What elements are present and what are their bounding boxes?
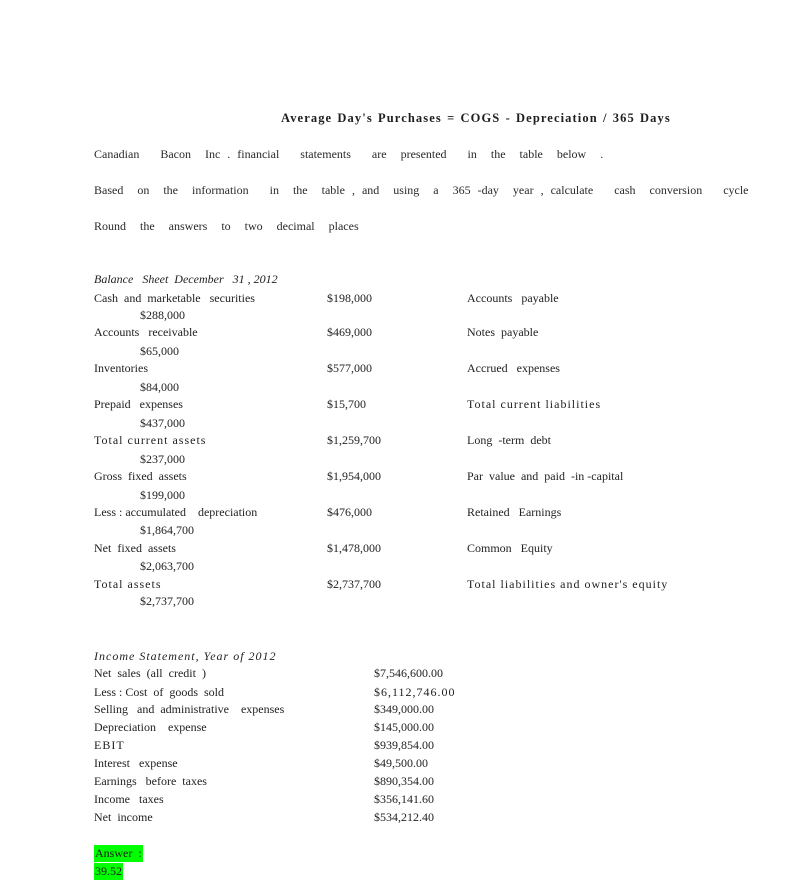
asset-sub-value: $437,000 [140, 416, 185, 430]
asset-label: Cash and marketable securities [94, 291, 255, 305]
income-label: Net income [94, 810, 153, 824]
income-value: $356,141.60 [374, 792, 434, 806]
asset-value: $198,000 [327, 291, 372, 305]
income-label: Selling and administrative expenses [94, 702, 284, 716]
income-label: EBIT [94, 738, 125, 752]
answer-value: 39.52 [94, 863, 123, 880]
income-value: $534,212.40 [374, 810, 434, 824]
asset-sub-value: $2,737,700 [140, 594, 194, 608]
asset-label: Inventories [94, 361, 148, 375]
income-value: $939,854.00 [374, 738, 434, 752]
asset-sub-value: $237,000 [140, 452, 185, 466]
asset-value: $2,737,700 [327, 577, 381, 591]
asset-sub-value: $2,063,700 [140, 559, 194, 573]
asset-label: Total current assets [94, 433, 206, 447]
asset-label: Gross fixed assets [94, 469, 187, 483]
income-label: Interest expense [94, 756, 178, 770]
answer-label: Answer : [94, 845, 143, 862]
asset-label: Total assets [94, 577, 161, 591]
income-label: Net sales (all credit ) [94, 666, 206, 680]
liability-label: Par value and paid -in -capital [467, 469, 623, 483]
income-value: $49,500.00 [374, 756, 428, 770]
asset-value: $577,000 [327, 361, 372, 375]
income-label: Earnings before taxes [94, 774, 207, 788]
intro-paragraph: Canadian Bacon Inc . financial statement… [94, 147, 603, 161]
asset-value: $469,000 [327, 325, 372, 339]
income-label: Depreciation expense [94, 720, 207, 734]
liability-label: Retained Earnings [467, 505, 561, 519]
asset-sub-value: $288,000 [140, 308, 185, 322]
liability-label: Notes payable [467, 325, 538, 339]
asset-sub-value: $199,000 [140, 488, 185, 502]
asset-label: Prepaid expenses [94, 397, 183, 411]
asset-sub-value: $84,000 [140, 380, 179, 394]
asset-value: $1,478,000 [327, 541, 381, 555]
income-label: Income taxes [94, 792, 164, 806]
instruction-paragraph: Based on the information in the table , … [94, 183, 749, 197]
asset-value: $476,000 [327, 505, 372, 519]
income-label: Less : Cost of goods sold [94, 685, 224, 699]
liability-label: Total current liabilities [467, 397, 601, 411]
asset-label: Less : accumulated depreciation [94, 505, 257, 519]
asset-value: $1,259,700 [327, 433, 381, 447]
asset-value: $1,954,000 [327, 469, 381, 483]
formula-heading: Average Day's Purchases = COGS - Depreci… [281, 111, 671, 125]
income-value: $6,112,746.00 [374, 685, 456, 699]
income-value: $890,354.00 [374, 774, 434, 788]
income-value: $349,000.00 [374, 702, 434, 716]
income-statement-title: Income Statement, Year of 2012 [94, 649, 277, 663]
asset-label: Accounts receivable [94, 325, 198, 339]
asset-sub-value: $1,864,700 [140, 523, 194, 537]
asset-value: $15,700 [327, 397, 366, 411]
liability-label: Long -term debt [467, 433, 551, 447]
income-value: $145,000.00 [374, 720, 434, 734]
rounding-note: Round the answers to two decimal places [94, 219, 359, 233]
liability-label: Accounts payable [467, 291, 559, 305]
asset-label: Net fixed assets [94, 541, 176, 555]
liability-label: Accrued expenses [467, 361, 560, 375]
asset-sub-value: $65,000 [140, 344, 179, 358]
liability-label: Total liabilities and owner's equity [467, 577, 668, 591]
liability-label: Common Equity [467, 541, 553, 555]
balance-sheet-title: Balance Sheet December 31 , 2012 [94, 272, 278, 286]
income-value: $7,546,600.00 [374, 666, 443, 680]
